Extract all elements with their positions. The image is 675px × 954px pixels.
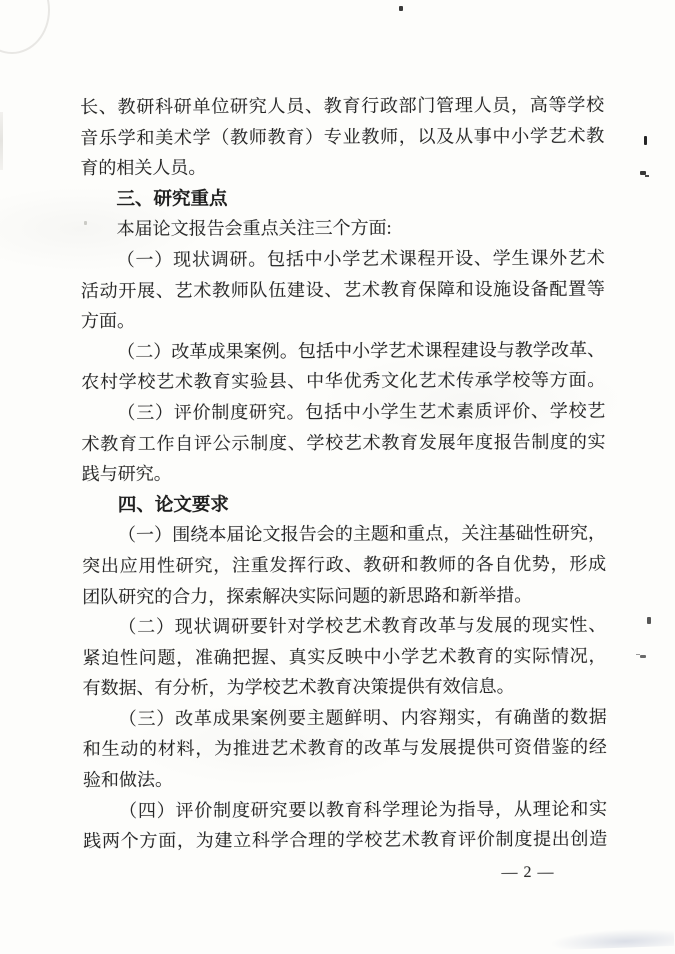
text-line: 农村学校艺术教育实验县、中华优秀文化艺术传承学校等方面。 <box>81 365 605 398</box>
text-line: （三）评价制度研究。包括中小学生艺术素质评价、学校艺 <box>81 396 605 429</box>
text-line: 紧迫性问题，准确把握、真实反映中小学艺术教育的实际情况， <box>82 640 606 673</box>
text-line: 本届论文报告会重点关注三个方面: <box>81 212 605 245</box>
text-line: 育的相关人员。 <box>80 151 604 184</box>
text-line: 音乐学和美术学（教师教育）专业教师，以及从事中小学艺术教 <box>80 120 604 153</box>
section-heading: 三、研究重点 <box>80 181 604 214</box>
text-line: （三）改革成果案例要主题鲜明、内容翔实，有确凿的数据 <box>83 702 607 735</box>
scan-speck <box>399 6 403 11</box>
text-line: （四）评价制度研究要以教育科学理论为指导，从理论和实 <box>83 793 607 826</box>
text-line: 方面。 <box>81 304 605 337</box>
text-line: 验和做法。 <box>83 763 607 796</box>
text-line: 活动开展、艺术教师队伍建设、艺术教育保障和设施设备配置等 <box>81 273 605 306</box>
text-line: （二）改革成果案例。包括中小学艺术课程建设与教学改革、 <box>81 334 605 367</box>
text-line: （一）现状调研。包括中小学艺术课程开设、学生课外艺术 <box>81 243 605 276</box>
text-line: 和生动的材料，为推进艺术教育的改革与发展提供可资借鉴的经 <box>83 732 607 765</box>
page-number: — 2 — <box>488 864 568 882</box>
text-line: 术教育工作自评公示制度、学校艺术教育发展年度报告制度的实 <box>81 426 605 459</box>
text-line: 践与研究。 <box>82 457 606 490</box>
text-line: 长、教研科研单位研究人员、教育行政部门管理人员，高等学校 <box>80 90 604 123</box>
text-line: 践两个方面，为建立科学合理的学校艺术教育评价制度提出创造 <box>83 824 607 857</box>
scan-smudge-artifact <box>552 928 675 950</box>
scan-edge-artifact <box>0 112 3 170</box>
scan-speck <box>644 136 647 145</box>
text-line: （一）围绕本届论文报告会的主题和重点，关注基础性研究， <box>82 518 606 551</box>
text-line: 有数据、有分析，为学校艺术教育决策提供有效信息。 <box>83 671 607 704</box>
scan-corner-artifact <box>0 0 50 54</box>
section-heading: 四、论文要求 <box>82 487 606 520</box>
scan-speck <box>640 655 646 658</box>
text-line: 突出应用性研究，注重发挥行政、教研和教师的各自优势，形成 <box>82 549 606 582</box>
text-line: 团队研究的合力，探索解决实际问题的新思路和新举措。 <box>82 579 606 612</box>
document-body: 长、教研科研单位研究人员、教育行政部门管理人员，高等学校音乐学和美术学（教师教育… <box>80 90 607 857</box>
scan-speck <box>647 617 651 624</box>
text-line: （二）现状调研要针对学校艺术教育改革与发展的现实性、 <box>82 610 606 643</box>
scan-speck <box>640 171 646 175</box>
document-page: 长、教研科研单位研究人员、教育行政部门管理人员，高等学校音乐学和美术学（教师教育… <box>0 0 675 954</box>
